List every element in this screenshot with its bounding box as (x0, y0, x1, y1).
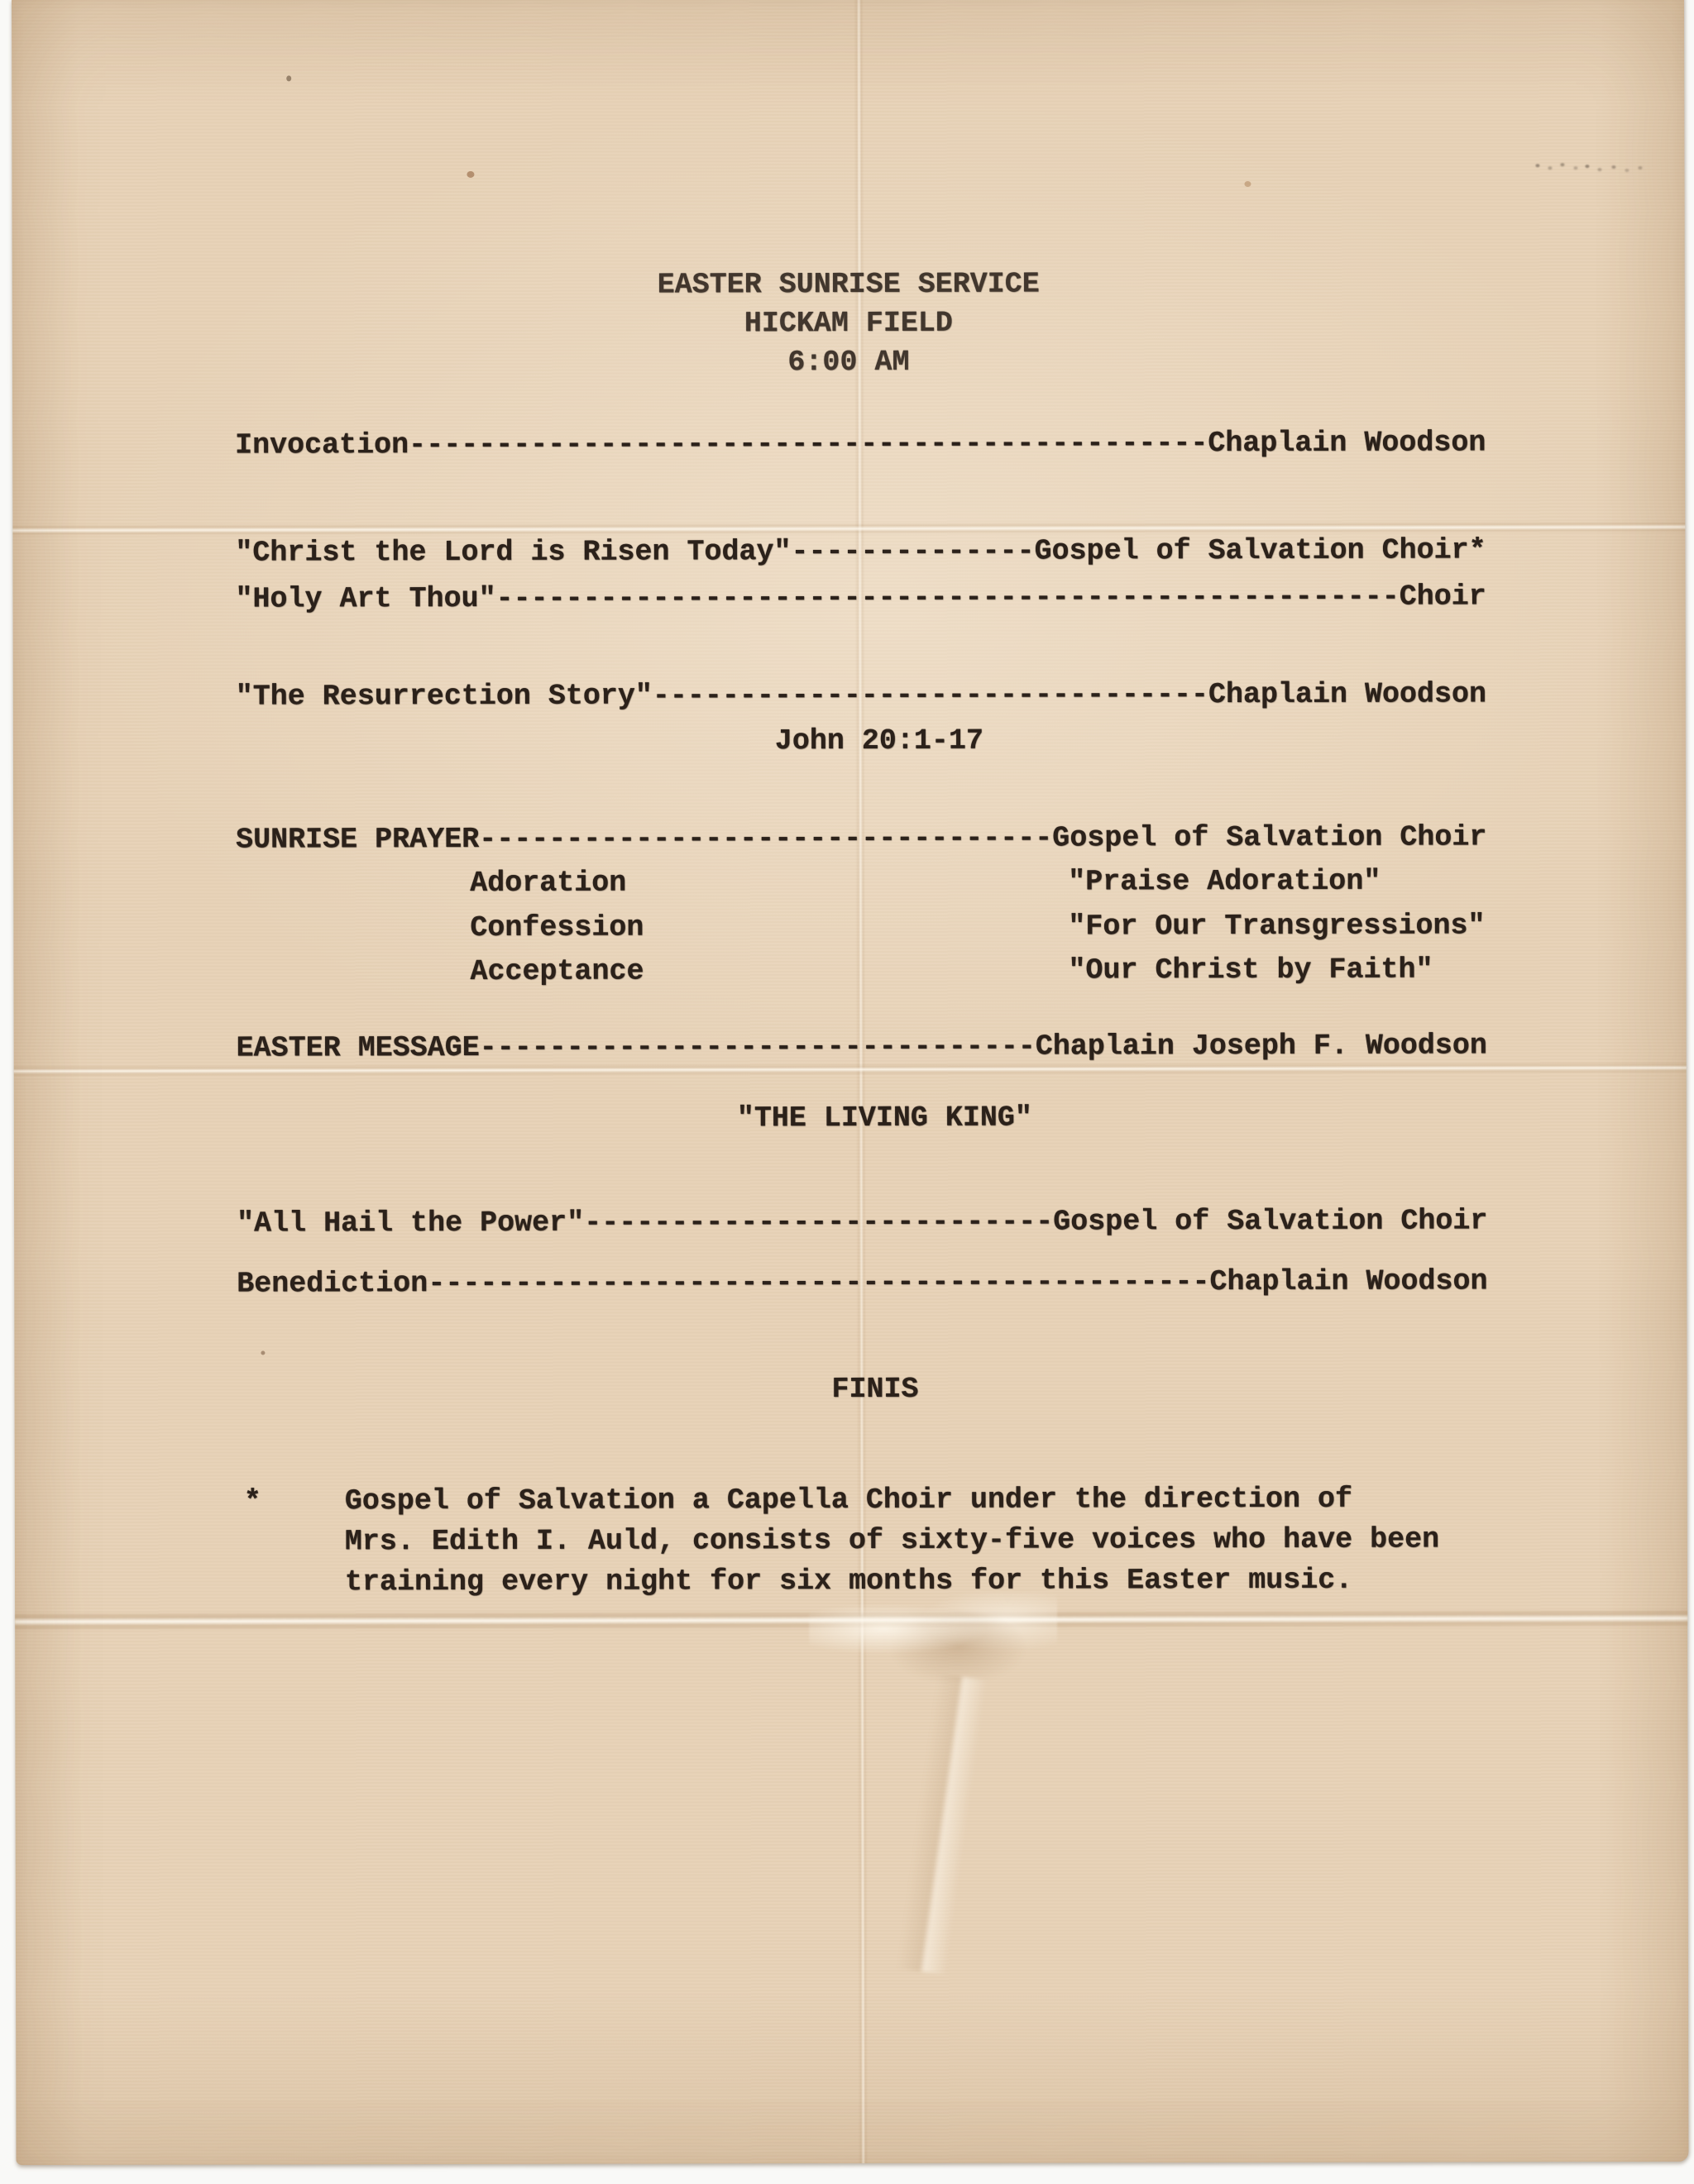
foxing-speck (467, 171, 474, 178)
program-line-benediction: Benediction-----------------------------… (237, 1264, 1487, 1300)
foxing-speck (286, 75, 291, 81)
footnote-line: Mrs. Edith I. Auld, consists of sixty-fi… (345, 1523, 1439, 1559)
scan-background: EASTER SUNRISE SERVICE HICKAM FIELD 6:00… (0, 0, 1694, 2184)
program-line-sunrise-prayer: SUNRISE PRAYER--------------------------… (236, 820, 1486, 856)
prayer-anthem-title: "Our Christ by Faith" (1068, 953, 1433, 987)
program-line-invocation: Invocation------------------------------… (235, 426, 1486, 461)
fold-wrinkle (809, 1592, 1057, 1684)
sermon-title: "THE LIVING KING" (737, 1102, 1032, 1135)
pencil-smudge (1535, 164, 1539, 167)
prayer-part-label: Confession (470, 911, 644, 945)
diagonal-wrinkle (897, 1673, 987, 1975)
prayer-row: Acceptance "Our Christ by Faith" (13, 953, 1686, 993)
finis-label: FINIS (831, 1373, 918, 1406)
foxing-speck (1244, 181, 1251, 187)
footnote-marker: * (244, 1484, 261, 1517)
program-line-hymn-3: "All Hail the Power"--------------------… (237, 1204, 1487, 1240)
prayer-part-label: Adoration (470, 867, 626, 901)
prayer-anthem-title: "For Our Transgressions" (1068, 909, 1485, 943)
prayer-row: Confession "For Our Transgressions" (13, 909, 1686, 949)
program-line-hymn-2: "Holy Art Thou"-------------------------… (235, 580, 1486, 615)
scripture-reference: John 20:1-17 (775, 724, 983, 758)
service-time: 6:00 AM (12, 344, 1685, 380)
footnote-line: training every night for six months for … (345, 1564, 1352, 1599)
program-sheet: EASTER SUNRISE SERVICE HICKAM FIELD 6:00… (12, 0, 1688, 2165)
program-line-resurrection: "The Resurrection Story"----------------… (236, 677, 1486, 713)
program-line-hymn-1: "Christ the Lord is Risen Today"--------… (235, 533, 1486, 569)
footnote-line: Gospel of Salvation a Capella Choir unde… (345, 1483, 1352, 1518)
program-line-easter-message: EASTER MESSAGE--------------------------… (237, 1029, 1487, 1064)
service-location: HICKAM FIELD (12, 305, 1685, 342)
prayer-part-label: Acceptance (470, 955, 644, 989)
foxing-speck (261, 1350, 265, 1355)
prayer-row: Adoration "Praise Adoration" (13, 864, 1686, 905)
service-title: EASTER SUNRISE SERVICE (12, 266, 1685, 303)
prayer-anthem-title: "Praise Adoration" (1068, 865, 1381, 899)
